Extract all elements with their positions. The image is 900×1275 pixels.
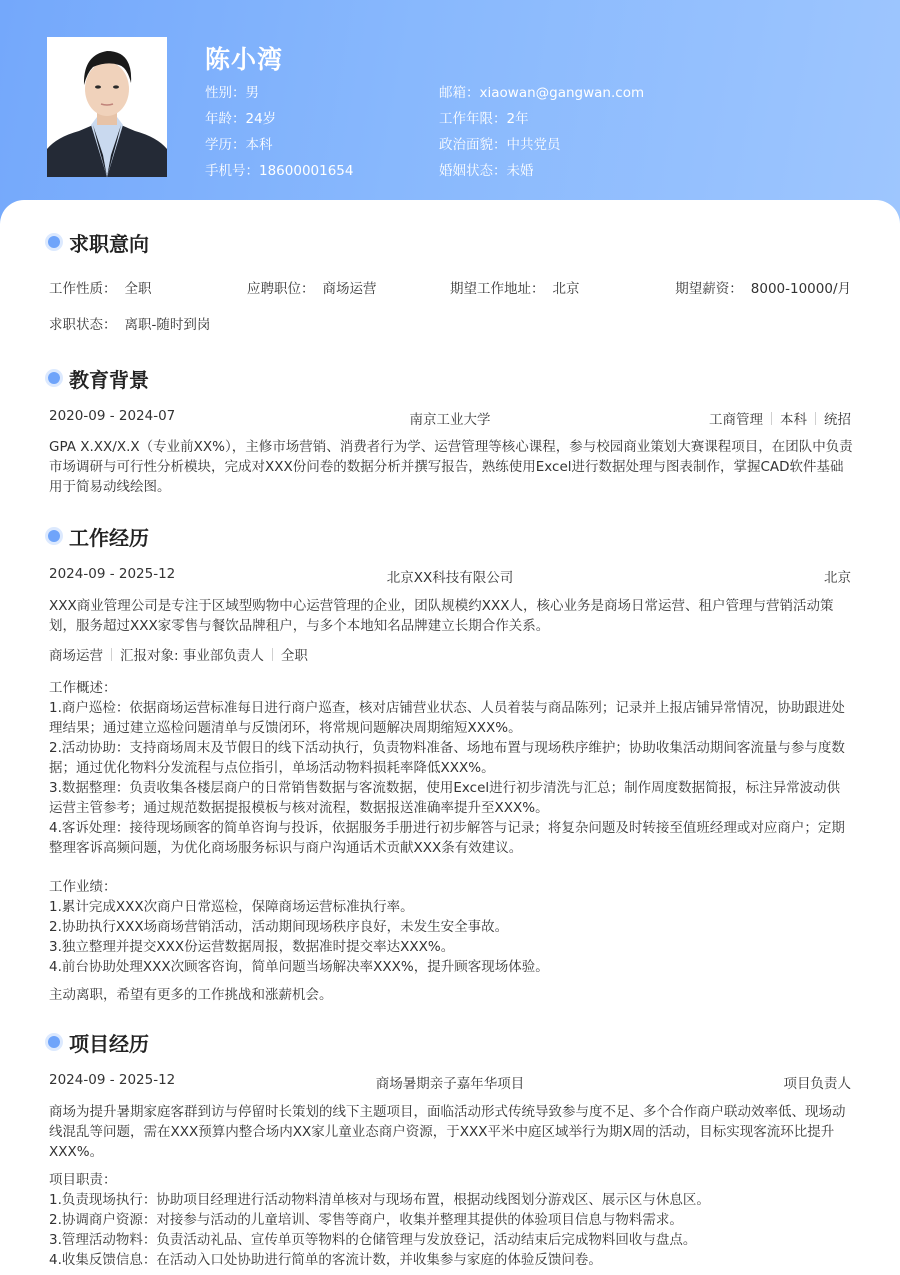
field-value: 离职-随时到岗 [125,317,211,333]
section-title-intent: 求职意向 [48,228,149,256]
work-overview: 工作概述： 1.商户巡检：依据商场运营标准每日进行商户巡查，核对店铺营业状态、人… [49,678,853,858]
political-status-field: 政治面貌：中共党员 [439,134,644,160]
field-label: 学历： [205,137,246,153]
field-value: 全职 [125,281,152,297]
work-location: 北京 [824,566,851,586]
field-value: 中共党员 [507,137,561,153]
divider [272,648,273,661]
achievements-label: 工作业绩： [49,877,853,897]
section-heading: 教育背景 [69,364,149,393]
field-value: 北京 [553,281,580,297]
achievement-item: 3.独立整理并提交XXX份运营数据周报，数据准时提交率达XXX%。 [49,937,853,957]
overview-item: 1.商户巡检：依据商场运营标准每日进行商户巡查，核对店铺营业状态、人员着装与商品… [49,698,853,738]
section-title-work: 工作经历 [48,522,149,550]
enrollment-tag: 统招 [824,412,851,428]
overview-item: 4.客诉处理：接待现场顾客的简单咨询与投诉，依据服务手册进行初步解答与记录；将复… [49,818,853,858]
major-tag: 工商管理 [709,412,763,428]
achievement-item: 1.累计完成XXX次商户日常巡检，保障商场运营标准执行率。 [49,897,853,917]
age-field: 年龄：24岁 [205,108,353,134]
project-header-row: 2024-09 - 2025-12 商场暑期亲子嘉年华项目 项目负责人 [49,1072,851,1092]
project-description: 商场为提升暑期家庭客群到访与停留时长策划的线下主题项目，面临活动形式传统导致参与… [49,1102,853,1162]
field-label: 性别： [205,85,246,101]
report-to-tag: 汇报对象: 事业部负责人 [120,648,264,664]
overview-label: 工作概述： [49,678,853,698]
overview-item: 3.数据整理：负责收集各楼层商户的日常销售数据与客流数据，使用Excel进行初步… [49,778,853,818]
field-value: 24岁 [246,111,277,127]
work-tags: 商场运营汇报对象: 事业部负责人全职 [49,644,851,664]
section-title-project: 项目经历 [48,1028,149,1056]
section-bullet-icon [48,1036,60,1048]
field-label: 应聘职位： [247,281,315,297]
field-label: 工作性质： [49,281,117,297]
field-label: 工作年限： [439,111,507,127]
leave-reason: 主动离职，希望有更多的工作挑战和涨薪机会。 [49,985,853,1005]
field-value: 8000-10000/月 [751,281,851,297]
field-label: 期望工作地址： [450,281,545,297]
field-label: 期望薪资： [675,281,743,297]
section-heading: 工作经历 [69,522,149,551]
candidate-name: 陈小湾 [205,40,283,76]
project-duties: 项目职责： 1.负责现场执行：协助项目经理进行活动物料清单核对与现场布置，根据动… [49,1170,853,1270]
duty-item: 1.负责现场执行：协助项目经理进行活动物料清单核对与现场布置，根据动线图划分游戏… [49,1190,853,1210]
education-tags: 工商管理本科统招 [709,408,851,428]
field-label: 年龄： [205,111,246,127]
work-achievements: 工作业绩： 1.累计完成XXX次商户日常巡检，保障商场运营标准执行率。 2.协助… [49,877,853,977]
field-value: 2年 [507,111,529,127]
section-heading: 求职意向 [69,228,149,257]
company-description: XXX商业管理公司是专注于区域型购物中心运营管理的企业，团队规模约XXX人，核心… [49,596,853,636]
section-bullet-icon [48,530,60,542]
duties-label: 项目职责： [49,1170,853,1190]
intent-salary: 期望薪资：8000-10000/月 [675,277,851,297]
project-name: 商场暑期亲子嘉年华项目 [49,1072,851,1092]
project-role: 项目负责人 [784,1072,852,1092]
profile-info-right: 邮箱：xiaowan@gangwan.com 工作年限：2年 政治面貌：中共党员… [439,82,644,186]
duty-item: 4.收集反馈信息：在活动入口处协助进行简单的客流计数，并收集参与家庭的体验反馈问… [49,1250,853,1270]
intent-location: 期望工作地址：北京 [450,277,580,297]
duty-item: 2.协调商户资源：对接参与活动的儿童培训、零售等商户，收集并整理其提供的体验项目… [49,1210,853,1230]
achievement-item: 2.协助执行XXX场商场营销活动，活动期间现场秩序良好，未发生安全事故。 [49,917,853,937]
role-tag: 商场运营 [49,648,103,664]
field-value: 18600001654 [259,163,353,179]
marital-status-field: 婚姻状态：未婚 [439,160,644,186]
divider [111,648,112,661]
company-name: 北京XX科技有限公司 [49,566,851,586]
job-type-tag: 全职 [281,648,308,664]
field-value: xiaowan@gangwan.com [480,85,645,101]
section-title-education: 教育背景 [48,364,149,392]
section-bullet-icon [48,372,60,384]
field-label: 婚姻状态： [439,163,507,179]
field-label: 手机号： [205,163,259,179]
divider [815,412,816,425]
overview-item: 2.活动协助：支持商场周末及节假日的线下活动执行，负责物料准备、场地布置与现场秩… [49,738,853,778]
work-header-row: 2024-09 - 2025-12 北京XX科技有限公司 北京 [49,566,851,586]
divider [771,412,772,425]
degree-tag: 本科 [780,412,807,428]
intent-position: 应聘职位：商场运营 [247,277,377,297]
field-value: 商场运营 [323,281,377,297]
work-years-field: 工作年限：2年 [439,108,644,134]
intent-job-type: 工作性质：全职 [49,277,152,297]
email-field: 邮箱：xiaowan@gangwan.com [439,82,644,108]
field-value: 未婚 [507,163,534,179]
field-value: 本科 [246,137,273,153]
phone-field: 手机号：18600001654 [205,160,353,186]
avatar-photo [47,37,167,177]
field-label: 政治面貌： [439,137,507,153]
person-portrait-icon [47,37,167,177]
achievement-item: 4.前台协助处理XXX次顾客咨询，简单问题当场解决率XXX%，提升顾客现场体验。 [49,957,853,977]
field-value: 男 [246,85,260,101]
section-bullet-icon [48,236,60,248]
section-heading: 项目经历 [69,1028,149,1057]
field-label: 求职状态： [49,317,117,333]
duty-item: 3.管理活动物料：负责活动礼品、宣传单页等物料的仓储管理与发放登记，活动结束后完… [49,1230,853,1250]
intent-status: 求职状态：离职-随时到岗 [49,313,210,333]
education-header-row: 2020-09 - 2024-07 南京工业大学 工商管理本科统招 [49,408,851,428]
gender-field: 性别：男 [205,82,353,108]
degree-field: 学历：本科 [205,134,353,160]
field-label: 邮箱： [439,85,480,101]
education-description: GPA X.XX/X.X（专业前XX%），主修市场营销、消费者行为学、运营管理等… [49,437,853,497]
profile-info-left: 性别：男 年龄：24岁 学历：本科 手机号：18600001654 [205,82,353,186]
